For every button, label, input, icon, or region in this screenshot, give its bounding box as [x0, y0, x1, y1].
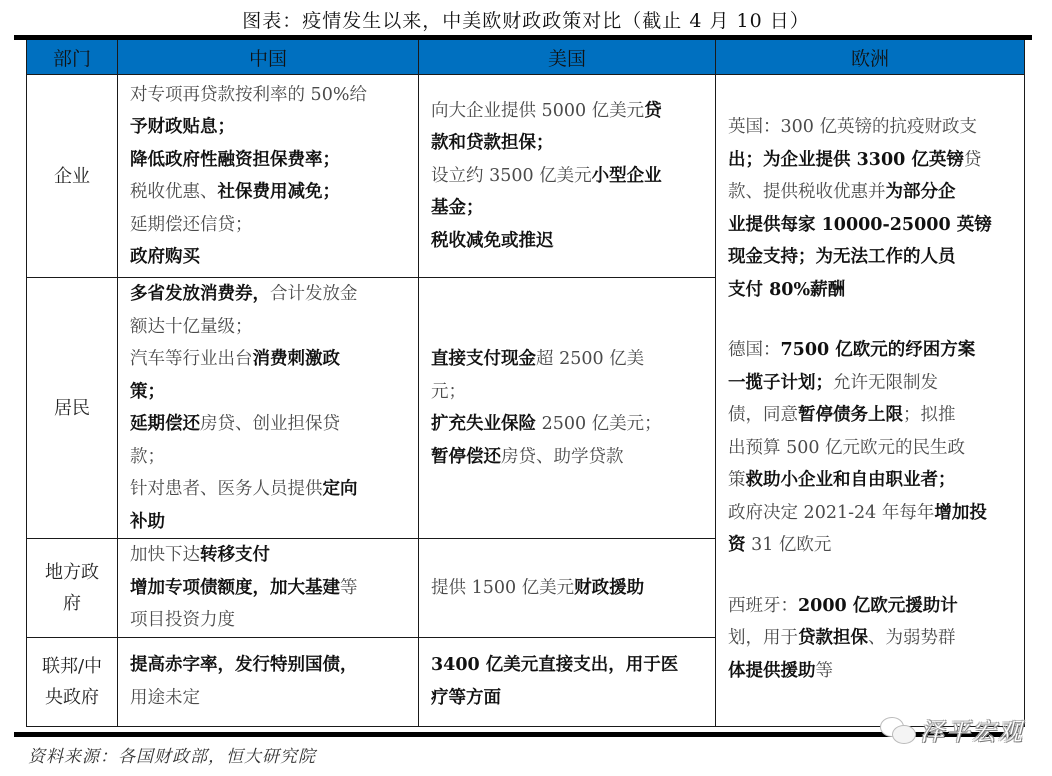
text-line: 增加专项债额度，加大基建等 [130, 572, 406, 605]
text-line: 西班牙：2000 亿欧元援助计 [728, 590, 1012, 623]
text-line: 直接支付现金超 2500 亿美 [431, 343, 703, 376]
header-us: 美国 [419, 40, 716, 75]
text-line: 针对患者、医务人员提供定向 [130, 473, 406, 506]
us-cell: 3400 亿美元直接支出，用于医疗等方面 [419, 637, 716, 726]
dept-cell: 企业 [27, 75, 118, 278]
text-line: 元； [431, 376, 703, 409]
text-line: 款、提供税收优惠并为部分企 [728, 176, 1012, 209]
text-line: 项目投资力度 [130, 604, 406, 637]
watermark: 泽平宏观 [880, 712, 1024, 747]
text-line: 补助 [130, 506, 406, 539]
policy-comparison-table: 部门 中国 美国 欧洲 企业 对专项再贷款按利率的 50%给予财政贴息；降低政府… [26, 40, 1025, 727]
text-line: 提高赤字率，发行特别国债， [130, 649, 406, 682]
source-note: 资料来源：各国财政部，恒大研究院 [28, 742, 316, 767]
dept-cell: 联邦/中央政府 [27, 637, 118, 726]
country-paragraph: 西班牙：2000 亿欧元援助计划，用于贷款担保、为弱势群体提供援助等 [728, 590, 1012, 688]
wechat-icon [880, 717, 914, 743]
text-line: 策救助小企业和自由职业者； [728, 464, 1012, 497]
text-line: 税收减免或推迟 [431, 225, 703, 258]
country-paragraph: 英国：300 亿英镑的抗疫财政支出；为企业提供 3300 亿英镑贷款、提供税收优… [728, 111, 1012, 306]
text-line: 资 31 亿欧元 [728, 529, 1012, 562]
table-row: 企业 对专项再贷款按利率的 50%给予财政贴息；降低政府性融资担保费率；税收优惠… [27, 75, 1025, 278]
text-line: 延期偿还信贷； [130, 209, 406, 242]
china-cell: 提高赤字率，发行特别国债，用途未定 [118, 637, 419, 726]
text-line: 出预算 500 亿元欧元的民生政 [728, 432, 1012, 465]
text-line: 支付 80%薪酬 [728, 274, 1012, 307]
text-line: 政府购买 [130, 241, 406, 274]
text-line: 汽车等行业出台消费刺激政 [130, 343, 406, 376]
text-line: 用途未定 [130, 682, 406, 715]
header-china: 中国 [118, 40, 419, 75]
dept-cell: 居民 [27, 278, 118, 539]
text-line: 延期偿还房贷、创业担保贷 [130, 408, 406, 441]
header-dept: 部门 [27, 40, 118, 75]
text-line: 款和贷款担保； [431, 127, 703, 160]
dept-cell: 地方政府 [27, 539, 118, 638]
china-cell: 多省发放消费券，合计发放金额达十亿量级；汽车等行业出台消费刺激政策；延期偿还房贷… [118, 278, 419, 539]
text-line: 划，用于贷款担保、为弱势群 [728, 622, 1012, 655]
text-line: 加快下达转移支付 [130, 539, 406, 572]
text-line: 设立约 3500 亿美元小型企业 [431, 160, 703, 193]
text-line: 业提供每家 10000-25000 英镑 [728, 209, 1012, 242]
text-line: 英国：300 亿英镑的抗疫财政支 [728, 111, 1012, 144]
text-line: 债，同意暂停债务上限；拟推 [728, 399, 1012, 432]
text-line: 疗等方面 [431, 682, 703, 715]
text-line: 政府决定 2021-24 年每年增加投 [728, 497, 1012, 530]
text-line: 策； [130, 376, 406, 409]
us-cell: 向大企业提供 5000 亿美元贷款和贷款担保；设立约 3500 亿美元小型企业基… [419, 75, 716, 278]
text-line: 德国：7500 亿欧元的纾困方案 [728, 334, 1012, 367]
header-row: 部门 中国 美国 欧洲 [27, 40, 1025, 75]
china-cell: 对专项再贷款按利率的 50%给予财政贴息；降低政府性融资担保费率；税收优惠、社保… [118, 75, 419, 278]
bottom-rule [14, 732, 1018, 737]
text-line: 额达十亿量级； [130, 311, 406, 344]
text-line: 3400 亿美元直接支出，用于医 [431, 649, 703, 682]
text-line: 扩充失业保险 2500 亿美元； [431, 408, 703, 441]
text-line: 向大企业提供 5000 亿美元贷 [431, 95, 703, 128]
us-cell: 直接支付现金超 2500 亿美元；扩充失业保险 2500 亿美元；暂停偿还房贷、… [419, 278, 716, 539]
text-line: 对专项再贷款按利率的 50%给 [130, 79, 406, 112]
text-line: 一揽子计划；允许无限制发 [728, 367, 1012, 400]
watermark-text: 泽平宏观 [920, 712, 1024, 747]
header-europe: 欧洲 [716, 40, 1025, 75]
text-line: 提供 1500 亿美元财政援助 [431, 572, 703, 605]
us-cell: 提供 1500 亿美元财政援助 [419, 539, 716, 638]
text-line: 予财政贴息； [130, 111, 406, 144]
text-line: 体提供援助等 [728, 655, 1012, 688]
text-line: 多省发放消费券，合计发放金 [130, 278, 406, 311]
text-line: 现金支持；为无法工作的人员 [728, 241, 1012, 274]
country-paragraph: 德国：7500 亿欧元的纾困方案一揽子计划；允许无限制发债，同意暂停债务上限；拟… [728, 334, 1012, 562]
text-line: 暂停偿还房贷、助学贷款 [431, 441, 703, 474]
text-line: 出；为企业提供 3300 亿英镑贷 [728, 144, 1012, 177]
china-cell: 加快下达转移支付增加专项债额度，加大基建等项目投资力度 [118, 539, 419, 638]
text-line: 基金； [431, 192, 703, 225]
europe-cell: 英国：300 亿英镑的抗疫财政支出；为企业提供 3300 亿英镑贷款、提供税收优… [716, 75, 1025, 727]
text-line: 款； [130, 441, 406, 474]
figure-title: 图表：疫情发生以来，中美欧财政政策对比（截止 4 月 10 日） [0, 6, 1052, 33]
text-line: 税收优惠、社保费用减免； [130, 176, 406, 209]
text-line: 降低政府性融资担保费率； [130, 144, 406, 177]
